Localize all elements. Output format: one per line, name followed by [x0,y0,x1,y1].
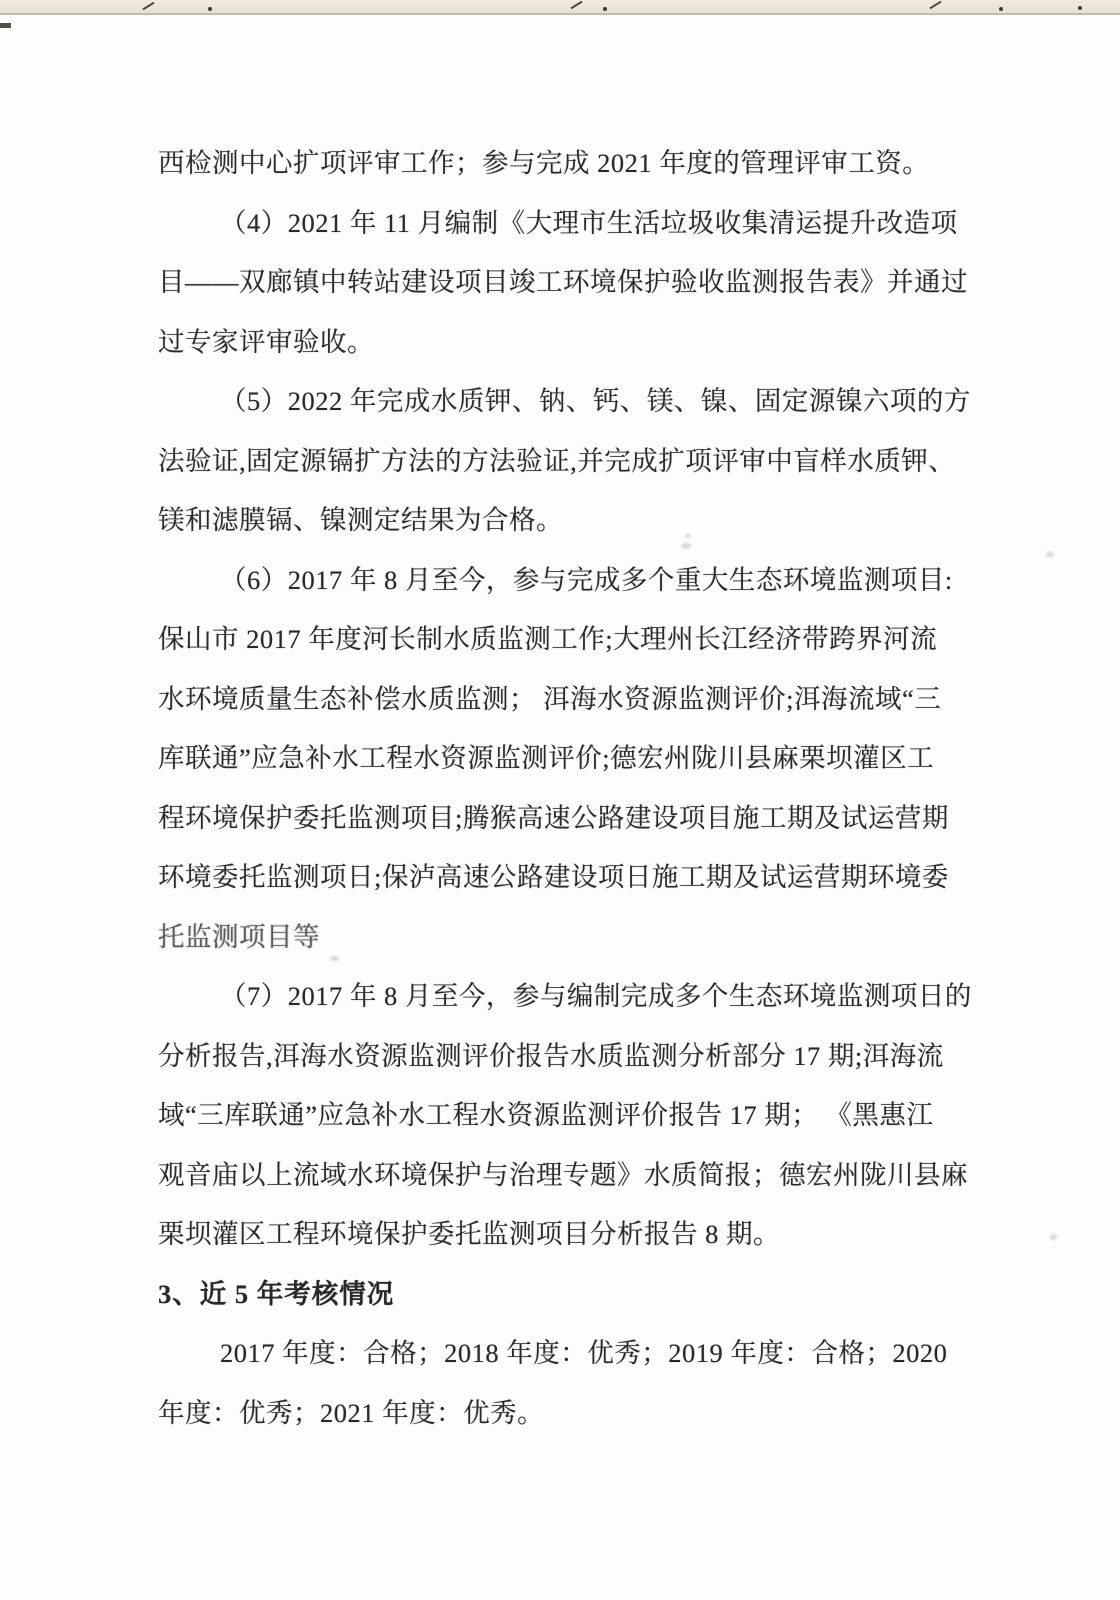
scan-artifact [999,7,1003,11]
text-line: 分析报告,洱海水资源监测评价报告水质监测分析部分 17 期;洱海流 [158,1027,973,1087]
text-line: 目——双廊镇中转站建设项目竣工环境保护验收监测报告表》并通过 [158,253,973,313]
text-line: 托监测项目等 [158,908,973,968]
scan-artifact [142,2,154,11]
text-line: 西检测中心扩项评审工作；参与完成 2021 年度的管理评审工资。 [158,134,973,194]
text-line: 水环境质量生态补偿水质监测； 洱海水资源监测评价;洱海流域“三 [158,670,973,730]
scan-artifact [208,7,212,11]
text-line: 过专家评审验收。 [158,313,973,373]
text-line: 法验证,固定源镉扩方法的方法验证,并完成扩项评审中盲样水质钾、 [158,432,973,492]
scan-artifact [570,1,582,10]
text-line: 程环境保护委托监测项目;腾猴高速公路建设项目施工期及试运营期 [158,789,973,849]
text-line: （4）2021 年 11 月编制《大理市生活垃圾收集清运提升改造项 [158,194,973,254]
scan-artifact [0,23,11,28]
scan-artifact [1078,6,1082,10]
text-line: 年度：优秀；2021 年度：优秀。 [158,1384,973,1444]
text-line: 镁和滤膜镉、镍测定结果为合格。 [158,491,973,551]
section-heading: 3、近 5 年考核情况 [158,1265,973,1325]
scan-smudge [1050,1234,1057,1240]
text-line: 栗坝灌区工程环境保护委托监测项目分析报告 8 期。 [158,1205,973,1265]
text-line: （5）2022 年完成水质钾、钠、钙、镁、镍、固定源镍六项的方 [158,372,973,432]
text-line: 库联通”应急补水工程水资源监测评价;德宏州陇川县麻栗坝灌区工 [158,729,973,789]
text-line: （6）2017 年 8 月至今，参与完成多个重大生态环境监测项目: [158,551,973,611]
scanned-document-page: 西检测中心扩项评审工作；参与完成 2021 年度的管理评审工资。 （4）2021… [0,0,1120,1600]
document-text: 西检测中心扩项评审工作；参与完成 2021 年度的管理评审工资。 （4）2021… [158,134,973,1443]
text-line: 域“三库联通”应急补水工程水资源监测评价报告 17 期； 《黑惠江 [158,1086,973,1146]
scan-smudge [1046,552,1054,557]
text-line: 观音庙以上流域水环境保护与治理专题》水质简报；德宏州陇川县麻 [158,1146,973,1206]
text-line: 2017 年度：合格；2018 年度：优秀；2019 年度：合格；2020 [158,1324,973,1384]
scan-edge-strip [0,0,1120,15]
text-line: 环境委托监测项日;保泸高速公路建设项日施工期及试运营期环境委 [158,848,973,908]
scan-artifact [603,7,607,11]
scan-artifact [929,1,941,10]
text-line: （7）2017 年 8 月至今，参与编制完成多个生态环境监测项日的 [158,967,973,1027]
text-line: 保山市 2017 年度河长制水质监测工作;大理州长江经济带跨界河流 [158,610,973,670]
